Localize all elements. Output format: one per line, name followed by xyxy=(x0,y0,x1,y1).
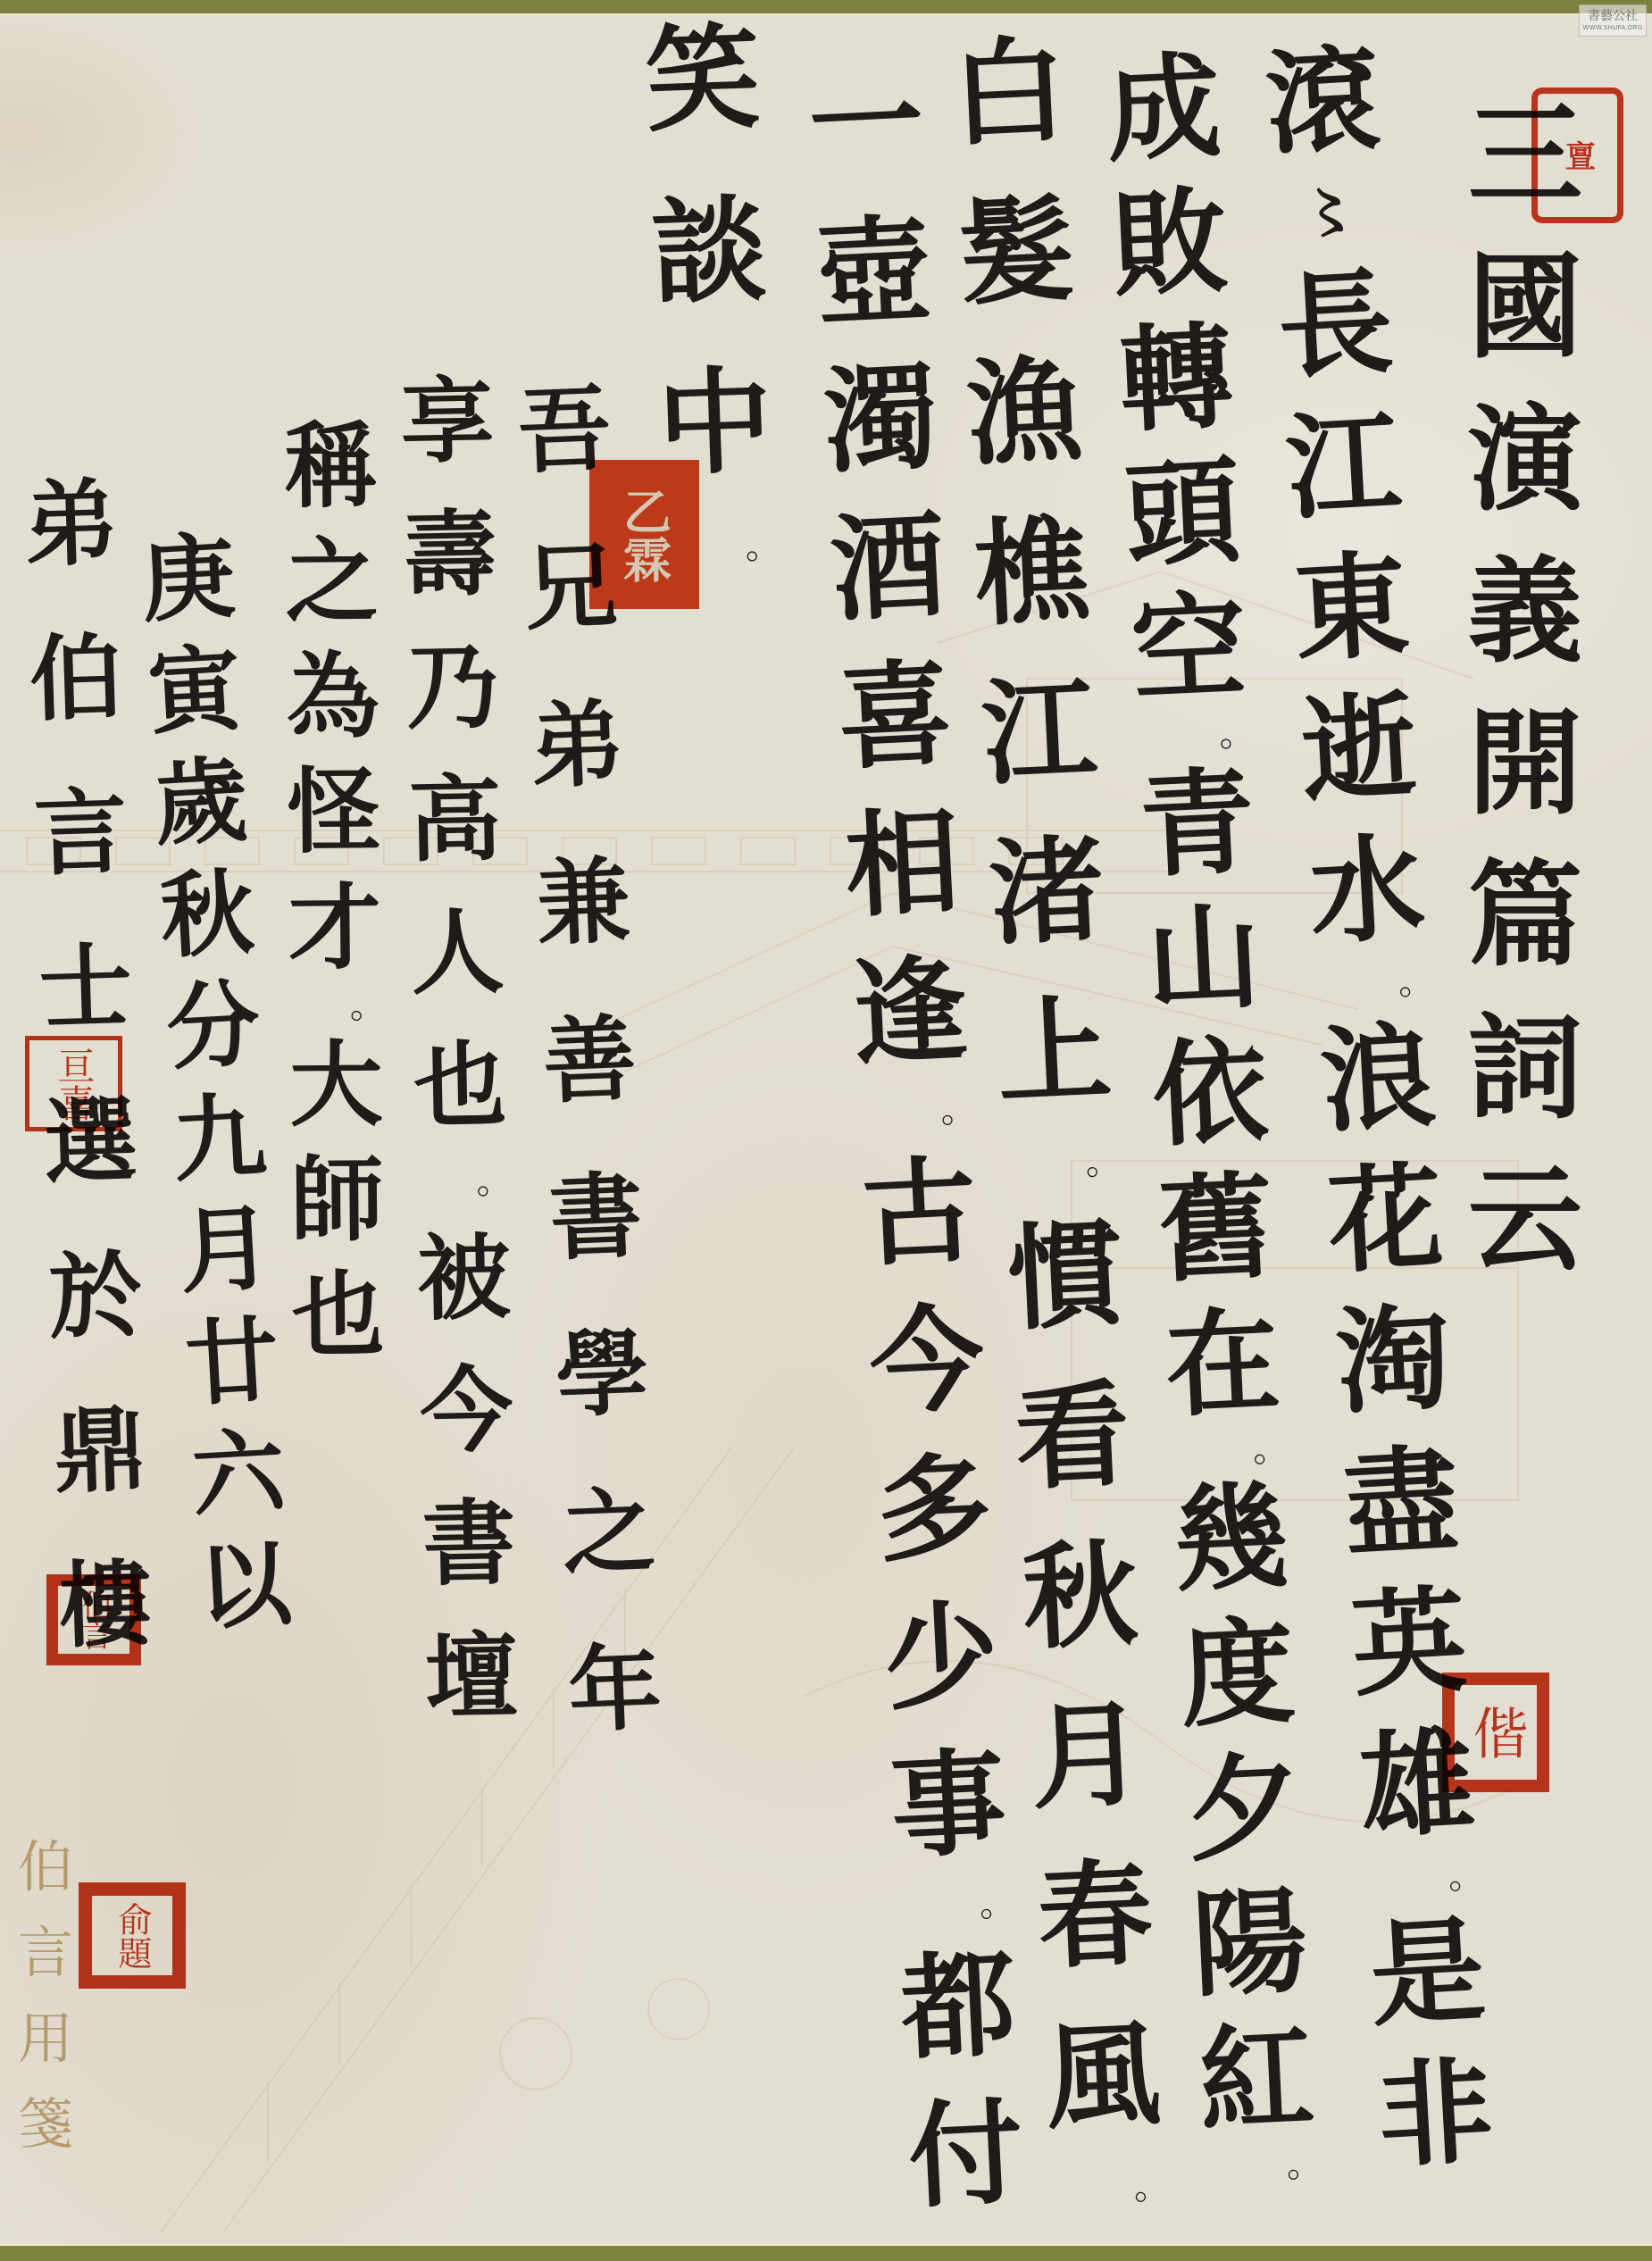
calligraphy-char: 成 xyxy=(1104,49,1223,169)
top-border-edge xyxy=(0,13,1652,15)
calligraphy-char: 滾 xyxy=(1263,41,1383,162)
site-watermark: 書藝公社 WWW.SHUFA.ORG xyxy=(1579,4,1647,37)
calligraphy-char: 師 xyxy=(290,1153,384,1247)
calligraphy-char: 少 xyxy=(881,1598,1001,1717)
punctuation-mark: 。 xyxy=(1448,1865,1484,1887)
calligraphy-char: 夕 xyxy=(1184,1749,1304,1869)
calligraphy-char: 庚 xyxy=(139,530,238,628)
calligraphy-char: 山 xyxy=(1144,899,1264,1019)
calligraphy-char: 花 xyxy=(1325,1159,1446,1280)
calligraphy-char: 笑 xyxy=(644,21,762,138)
calligraphy-char: 也 xyxy=(291,1269,385,1363)
calligraphy-char: 人 xyxy=(410,905,505,1000)
punctuation-mark: 。 xyxy=(1252,1439,1289,1460)
seal-text: 乙霖 xyxy=(621,487,669,583)
calligraphy-char: 高 xyxy=(408,772,503,867)
calligraphy-char: 詞 xyxy=(1468,1011,1582,1125)
calligraphy-char: 是 xyxy=(1367,1913,1488,2033)
poem-column-1: 三 國 演 義 開 篇 詞 云 xyxy=(1458,98,1592,1277)
calligraphy-char: 今 xyxy=(419,1364,513,1458)
inscription-column-3: 稱 之 為 怪 才 。 大 師 也 xyxy=(275,419,394,1362)
calligraphy-char: 陽 xyxy=(1190,1884,1310,2004)
calligraphy-char: 書 xyxy=(421,1497,516,1591)
calligraphy-char: 分 xyxy=(164,978,263,1076)
stationery-mark: 伯 言 用 箋 xyxy=(16,1840,75,2152)
calligraphy-char: 付 xyxy=(905,2095,1025,2215)
stationery-char: 伯 xyxy=(18,1840,73,1895)
calligraphy-char: 言 xyxy=(33,785,129,880)
calligraphy-char: 兼 xyxy=(535,855,631,951)
calligraphy-char: 國 xyxy=(1468,250,1582,364)
calligraphy-char: 弟 xyxy=(529,697,625,793)
calligraphy-char: 書 xyxy=(547,1169,644,1265)
calligraphy-char: 壽 xyxy=(403,507,497,602)
calligraphy-char: 壇 xyxy=(424,1630,519,1724)
bottom-border xyxy=(0,2246,1652,2261)
calligraphy-char: 都 xyxy=(898,1947,1018,2066)
calligraphy-char: 春 xyxy=(1035,1856,1155,1976)
calligraphy-char: 渚 xyxy=(987,832,1106,952)
seal-text: 偕 xyxy=(1468,1705,1523,1760)
calligraphy-char: 九 xyxy=(171,1089,269,1188)
bottom-border-edge xyxy=(0,2244,1652,2246)
calligraphy-char: 水 xyxy=(1306,830,1427,951)
calligraphy-char: 月 xyxy=(177,1201,275,1299)
calligraphy-char: 稱 xyxy=(284,420,378,513)
calligraphy-char: 盡 xyxy=(1341,1442,1462,1563)
seal-text: 伯言 xyxy=(79,1589,109,1650)
calligraphy-char: 廿 xyxy=(183,1314,281,1412)
calligraphy-char: 談 xyxy=(650,192,768,310)
calligraphy-char: 才 xyxy=(288,880,381,974)
watermark-title: 書藝公社 xyxy=(1588,10,1638,23)
calligraphy-char: 之 xyxy=(285,535,379,629)
watermark-url: WWW.SHUFA.ORG xyxy=(1583,24,1643,31)
calligraphy-char: 寅 xyxy=(146,641,244,739)
stationery-char: 用 xyxy=(18,2011,73,2066)
calligraphy-char: 也 xyxy=(413,1039,507,1133)
calligraphy-char: 紅 xyxy=(1197,2019,1316,2139)
calligraphy-char: 在 xyxy=(1163,1304,1282,1423)
calligraphy-char: 怪 xyxy=(287,765,380,859)
calligraphy-char: 頭 xyxy=(1122,454,1242,573)
punctuation-mark: 。 xyxy=(1133,2176,1170,2198)
calligraphy-char: 弟 xyxy=(23,476,119,572)
calligraphy-char: 善 xyxy=(541,1012,638,1108)
calligraphy-char: 幾 xyxy=(1172,1480,1291,1599)
stationery-char: 箋 xyxy=(18,2097,73,2152)
calligraphy-char: 士 xyxy=(38,939,133,1035)
calligraphy-char: 演 xyxy=(1468,403,1582,517)
calligraphy-char: 月 xyxy=(1028,1697,1147,1816)
punctuation-mark: 。 xyxy=(350,996,386,1015)
seal-text: 亘喜 xyxy=(55,1047,93,1122)
calligraphy-char: 江 xyxy=(1283,406,1404,527)
calligraphy-char: 相 xyxy=(843,804,963,923)
calligraphy-char: 濁 xyxy=(821,360,940,480)
calligraphy-char: 樵 xyxy=(972,513,1091,632)
seal-text: 亶 xyxy=(1563,140,1593,171)
calligraphy-char: 敗 xyxy=(1110,184,1230,304)
calligraphy-char: 漁 xyxy=(964,353,1084,472)
calligraphy-char: 非 xyxy=(1375,2054,1496,2174)
calligraphy-char: 開 xyxy=(1468,706,1582,821)
calligraphy-char: 歲 xyxy=(152,754,250,852)
calligraphy-char: 看 xyxy=(1013,1377,1132,1497)
punctuation-mark: 。 xyxy=(1219,723,1256,745)
calligraphy-char: 度 xyxy=(1178,1614,1297,1734)
calligraphy-char: 依 xyxy=(1150,1034,1270,1154)
punctuation-mark: 。 xyxy=(476,1172,512,1192)
calligraphy-char: 多 xyxy=(874,1449,994,1569)
calligraphy-char: 云 xyxy=(1468,1163,1582,1277)
calligraphy-char: 義 xyxy=(1468,555,1582,669)
punctuation-mark: 。 xyxy=(979,1893,1015,1915)
calligraphy-char: 空 xyxy=(1130,588,1249,708)
calligraphy-char: 江 xyxy=(980,672,1099,792)
punctuation-mark: 。 xyxy=(745,536,781,556)
calligraphy-char: 舊 xyxy=(1156,1169,1276,1289)
seal-inscription-head: 乙霖 xyxy=(589,460,699,609)
calligraphy-char: 青 xyxy=(1138,764,1257,884)
calligraphy-char: 年 xyxy=(567,1641,663,1738)
calligraphy-char: 被 xyxy=(416,1231,511,1325)
calligraphy-char: 上 xyxy=(995,992,1114,1112)
top-border xyxy=(0,0,1652,13)
calligraphy-char: 淘 xyxy=(1333,1301,1454,1422)
punctuation-mark: 。 xyxy=(1398,972,1434,993)
calligraphy-char: 以 xyxy=(196,1537,294,1635)
calligraphy-char: 風 xyxy=(1043,2016,1163,2136)
calligraphy-char: 古 xyxy=(860,1154,980,1273)
calligraphy-char: 慣 xyxy=(1005,1217,1125,1337)
calligraphy-char: 享 xyxy=(400,374,495,469)
calligraphy-char: 轉 xyxy=(1116,319,1236,438)
calligraphy-char: 秋 xyxy=(158,865,256,964)
calligraphy-char: 學 xyxy=(554,1326,650,1423)
seal-right-lower: 偕 xyxy=(1442,1673,1549,1792)
iteration-mark: 〻 xyxy=(1300,184,1358,242)
stationery-char: 言 xyxy=(18,1925,73,1981)
calligraphy-char: 長 xyxy=(1275,265,1396,386)
calligraphy-char: 鼎 xyxy=(53,1403,148,1498)
seal-signature-lower: 伯言 xyxy=(46,1574,141,1665)
calligraphy-char: 東 xyxy=(1291,547,1412,668)
calligraphy-char: 乃 xyxy=(405,640,500,735)
calligraphy-char: 壺 xyxy=(813,213,933,332)
calligraphy-char: 逝 xyxy=(1299,688,1420,809)
seal-signature-upper: 亘喜 xyxy=(25,1036,122,1131)
calligraphy-char: 秋 xyxy=(1020,1537,1139,1656)
calligraphy-char: 為 xyxy=(286,650,380,744)
punctuation-mark: 。 xyxy=(940,1100,977,1122)
calligraphy-char: 一 xyxy=(806,64,926,184)
calligraphy-char: 於 xyxy=(47,1248,143,1344)
seal-top-right: 亶 xyxy=(1531,88,1623,223)
seal-text: 俞題 xyxy=(115,1902,149,1970)
punctuation-mark: 。 xyxy=(1085,1152,1122,1173)
calligraphy-char: 逢 xyxy=(850,952,970,1072)
calligraphy-char: 白 xyxy=(949,33,1069,153)
punctuation-mark: 。 xyxy=(1286,2154,1322,2175)
calligraphy-char: 六 xyxy=(189,1425,288,1523)
calligraphy-char: 今 xyxy=(867,1302,987,1422)
calligraphy-char: 髮 xyxy=(956,193,1076,313)
calligraphy-char: 大 xyxy=(289,1038,383,1131)
calligraphy-char: 之 xyxy=(561,1484,657,1581)
calligraphy-char: 事 xyxy=(889,1746,1008,1865)
seal-stationery: 俞題 xyxy=(79,1882,186,1989)
calligraphy-char: 酒 xyxy=(828,508,947,628)
calligraphy-char: 伯 xyxy=(28,630,123,726)
calligraphy-char: 浪 xyxy=(1317,1018,1438,1139)
calligraphy-char: 喜 xyxy=(835,656,955,776)
calligraphy-char: 篇 xyxy=(1468,858,1582,972)
